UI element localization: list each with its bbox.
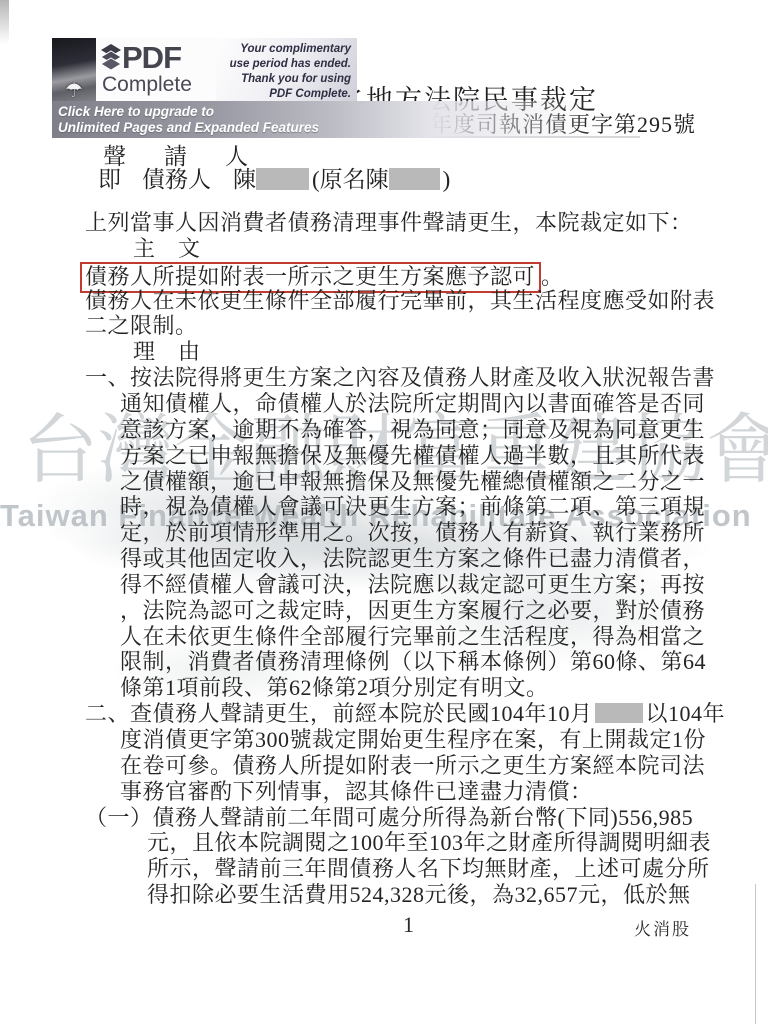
body-line: ，法院為認可之裁定時，因更生方案履行之必要，對於債務 <box>120 598 705 624</box>
complete-logo-text: Complete <box>102 74 216 96</box>
trial-message-line: Thank you for using <box>216 72 351 87</box>
body-line: 在卷可參。債務人所提如附表一所示之更生方案經本院司法 <box>120 753 705 779</box>
body-line: 二之限制。 <box>85 313 198 339</box>
body-line: 二、查債務人聲請更生，前經本院於民國104年10月以104年 <box>85 701 725 727</box>
body-line: 事務官審酌下列情事，認其條件已達盡力清償： <box>120 779 593 805</box>
body-line: 定，於前項情形準用之。次按，債務人有薪資、執行業務所 <box>120 520 705 546</box>
body-line: 主 文 <box>133 236 201 262</box>
umbrella-figure-icon: ☂ <box>65 80 83 102</box>
body-line: 一、按法院得將更生方案之內容及債務人財產及收入狀況報告書 <box>85 365 715 391</box>
court-division-stamp: 火消股 <box>634 915 691 940</box>
body-line: 之債權額，逾已申報無擔保及無優先權總債權額之二分之一 <box>120 469 705 495</box>
body-line: 元，且依本院調閱之100年至103年之財產所得調閱明細表 <box>147 830 711 856</box>
redaction-box-former-name <box>389 168 440 190</box>
body-line: 得扣除必要生活費用524,328元後，為32,657元，低於無 <box>147 882 691 908</box>
body-line: 度消債更字第300號裁定開始更生程序在案，有上開裁定1份 <box>120 727 706 753</box>
body-line: （一）債務人聲請前二年間可處分所得為新台幣(下同)556,985 <box>85 805 693 831</box>
layers-icon <box>100 43 122 76</box>
scan-edge-line <box>755 884 756 1024</box>
body-line: 時，視為債權人會議可決更生方案；前條第二項、第三項規 <box>120 494 705 520</box>
page-number: 1 <box>403 912 414 938</box>
body-line: 債務人在未依更生條件全部履行完畢前，其生活程度應受如附表 <box>85 288 715 314</box>
pdf-complete-photo-logo: ☂ <box>52 38 96 102</box>
watermark-character: 會 <box>706 406 768 496</box>
redaction-box-name <box>256 168 309 190</box>
trial-message-line: use period has ended. <box>216 57 351 72</box>
debtor-prefix: 即 <box>98 161 121 194</box>
debtor-line: 即債務人陳(原名陳) <box>98 161 450 194</box>
body-line: 方案之已申報無擔保及無優先權債權人過半數，且其所代表 <box>120 443 705 469</box>
pdf-logo-text: PDF <box>122 43 181 73</box>
trial-message-line: PDF Complete. <box>216 87 351 102</box>
body-line: 得或其他固定收入，法院認更生方案之條件已盡力清償者， <box>120 546 705 572</box>
pdf-complete-logo[interactable]: PDF Complete <box>96 37 216 103</box>
redaction-box-date <box>595 703 643 723</box>
debtor-surname: 陳 <box>233 161 256 194</box>
trial-expired-message: Your complimentary use period has ended.… <box>216 38 357 103</box>
scanned-court-document-page: 台灣金融財富重建協會 Taiwan Finance Wealth Rehabil… <box>0 0 768 1024</box>
body-line: 所示，聲請前三年間債務人名下均無財產，上述可處分所 <box>147 856 710 882</box>
body-line: 人在未依更生條件全部履行完畢前之生活程度，得為相當之 <box>120 624 705 650</box>
upgrade-link-banner[interactable]: Click Here to upgrade to Unlimited Pages… <box>52 101 640 138</box>
watermark-character: 台 <box>22 406 98 496</box>
upgrade-line-1: Click Here to upgrade to <box>58 104 640 120</box>
scan-smudge <box>0 0 9 44</box>
body-line: 意該方案，逾期不為確答，視為同意；同意及視為同意更生 <box>120 417 705 443</box>
body-line: 通知債權人，命債權人於法院所定期間內以書面確答是否同 <box>120 391 705 417</box>
trial-message-line: Your complimentary <box>216 42 351 57</box>
former-name-suffix: ) <box>443 167 451 193</box>
debtor-label: 債務人 <box>142 161 211 194</box>
former-name-prefix: (原名陳 <box>312 161 389 194</box>
upgrade-line-2: Unlimited Pages and Expanded Features <box>58 120 640 136</box>
body-line: 限制，消費者債務清理條例（以下稱本條例）第60條、第64 <box>120 649 706 675</box>
body-line: 上列當事人因消費者債務清理事件聲請更生，本院裁定如下： <box>85 210 693 236</box>
body-line: 得不經債權人會議可決，法院應以裁定認可更生方案；再按 <box>120 572 705 598</box>
body-line: 條第1項前段、第62條第2項分別定有明文。 <box>120 675 549 701</box>
body-line: 理 由 <box>133 339 201 365</box>
